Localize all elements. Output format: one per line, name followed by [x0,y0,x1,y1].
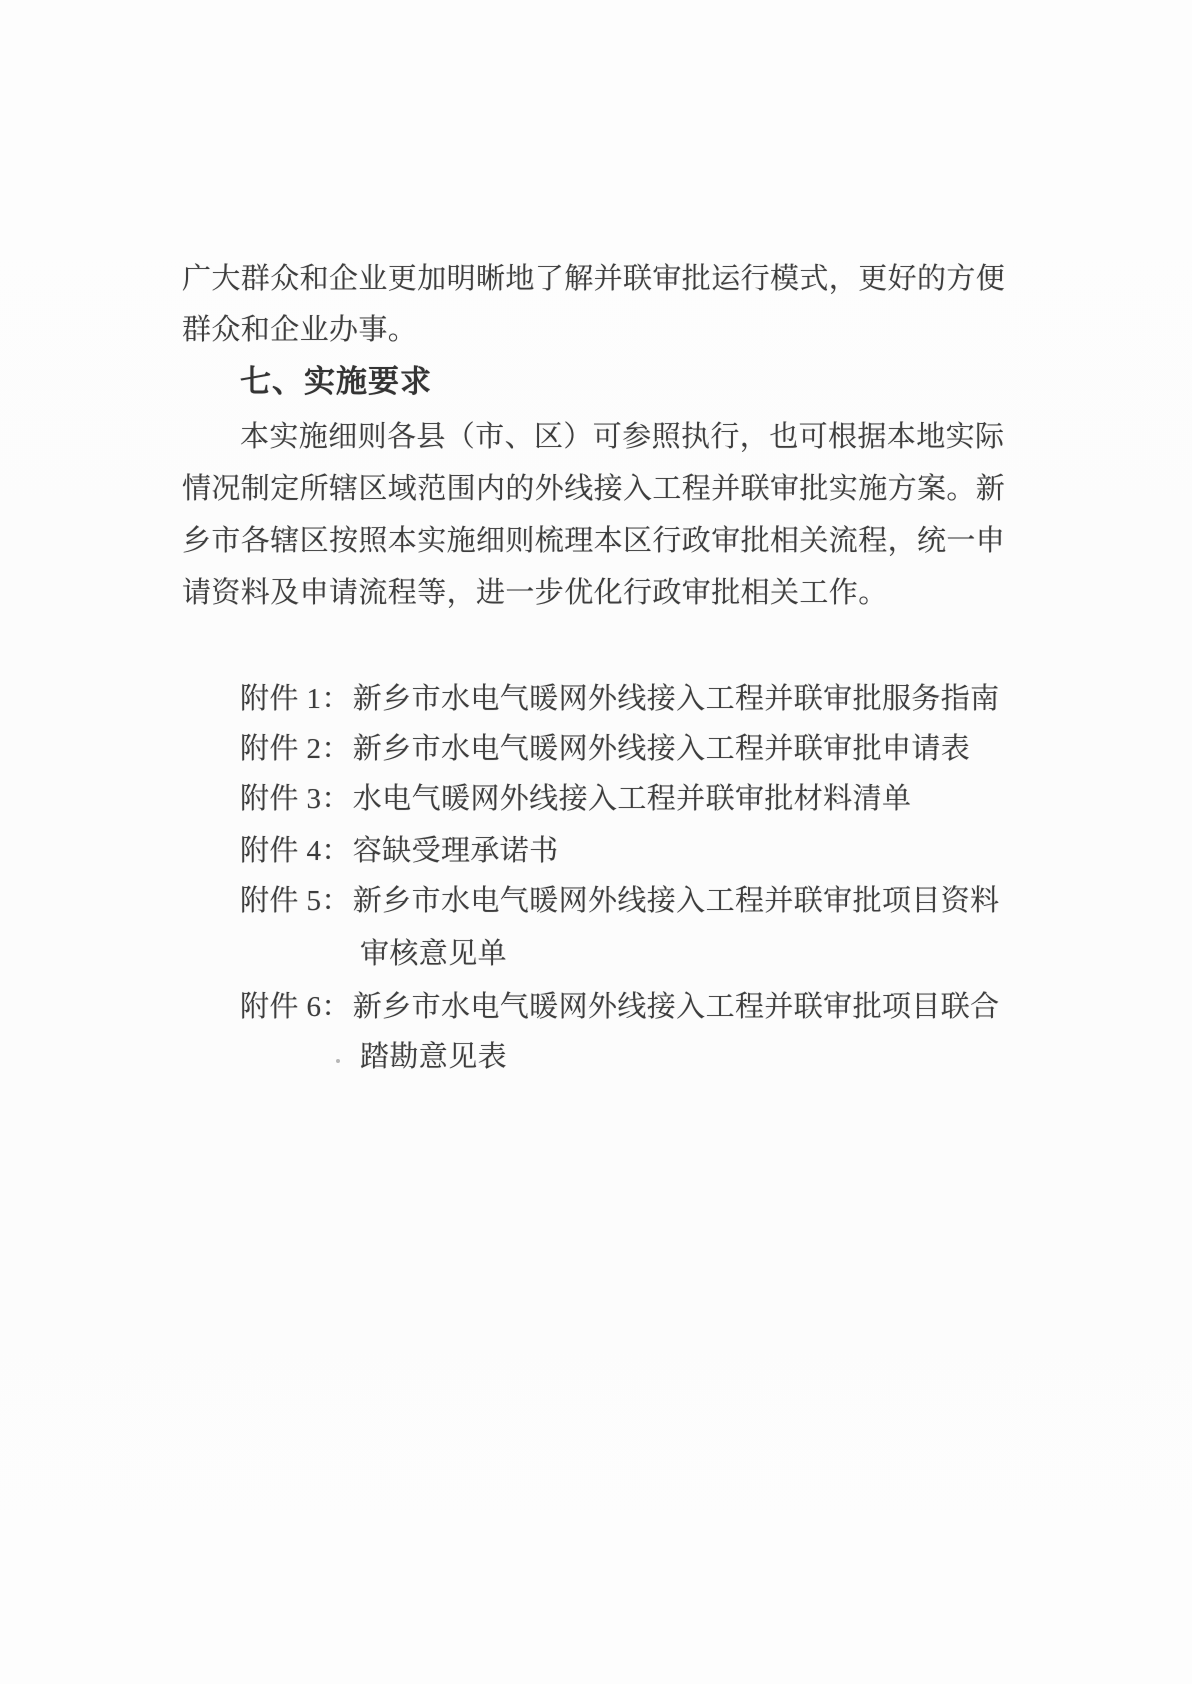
attachment-label: 附件 6： [240,991,351,1023]
attachment-title: 容缺受理承诺书 [353,835,559,867]
attachment-title-continuation: 踏勘意见表 [360,1037,507,1077]
attachment-label: 附件 2： [240,733,351,765]
attachment-title: 水电气暖网外线接入工程并联审批材料清单 [353,783,912,815]
scanned-document-page: 广大群众和企业更加明晰地了解并联审批运行模式，更好的方便 群众和企业办事。 七、… [0,0,1192,1684]
attachment-title: 新乡市水电气暖网外线接入工程并联审批服务指南 [353,683,1000,715]
attachment-item: 附件 3：水电气暖网外线接入工程并联审批材料清单 [240,779,911,819]
attachment-title-continuation: 审核意见单 [360,934,507,974]
paragraph-line: 情况制定所辖区域范围内的外线接入工程并联审批实施方案。新 [182,469,1005,509]
scan-speck-dot [336,1059,340,1063]
attachment-title: 新乡市水电气暖网外线接入工程并联审批项目资料 [353,885,1000,917]
attachment-item: 附件 6：新乡市水电气暖网外线接入工程并联审批项目联合 [240,987,1000,1027]
attachment-label: 附件 4： [240,835,351,867]
attachment-label: 附件 5： [240,885,351,917]
attachment-item: 附件 4：容缺受理承诺书 [240,831,559,871]
paragraph-line: 请资料及申请流程等，进一步优化行政审批相关工作。 [182,573,888,613]
paragraph-line: 广大群众和企业更加明晰地了解并联审批运行模式，更好的方便 [182,259,1005,299]
attachment-title: 新乡市水电气暖网外线接入工程并联审批申请表 [353,733,970,765]
paragraph-line: 群众和企业办事。 [182,310,417,350]
attachment-item: 附件 5：新乡市水电气暖网外线接入工程并联审批项目资料 [240,881,1000,921]
paragraph-line: 乡市各辖区按照本实施细则梳理本区行政审批相关流程，统一申 [182,521,1005,561]
attachment-title: 新乡市水电气暖网外线接入工程并联审批项目联合 [353,991,1000,1023]
attachment-item: 附件 1：新乡市水电气暖网外线接入工程并联审批服务指南 [240,679,1000,719]
attachment-label: 附件 1： [240,683,351,715]
section-heading: 七、实施要求 [240,362,432,402]
attachment-label: 附件 3： [240,783,351,815]
paragraph-line: 本实施细则各县（市、区）可参照执行，也可根据本地实际 [240,417,1004,457]
attachment-item: 附件 2：新乡市水电气暖网外线接入工程并联审批申请表 [240,729,970,769]
